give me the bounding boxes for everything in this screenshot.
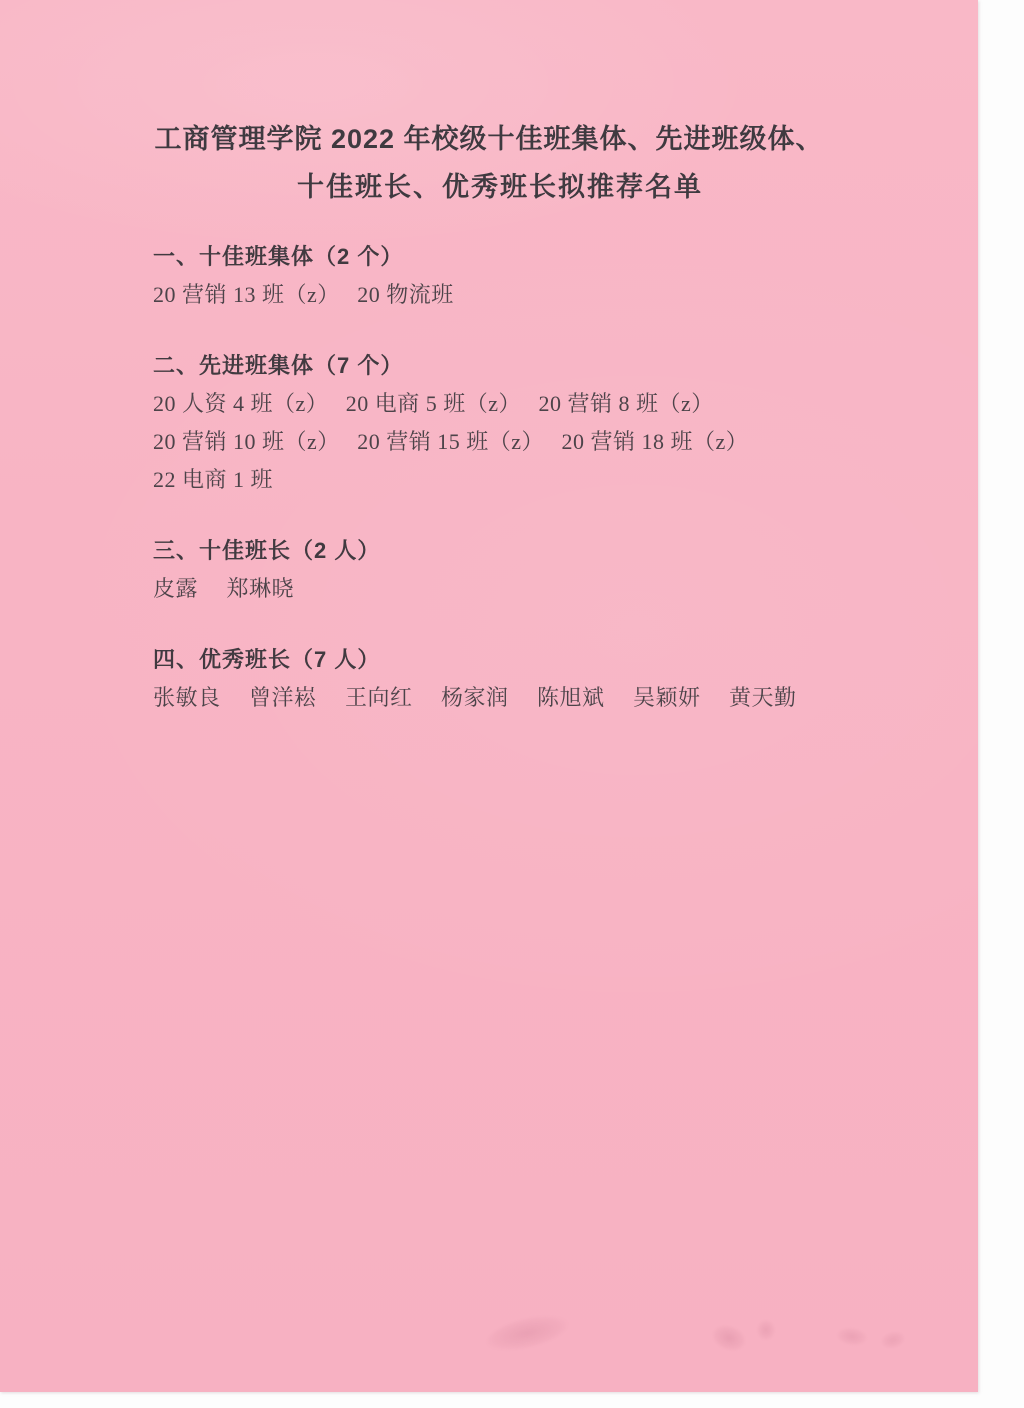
section-line: 22 电商 1 班: [153, 461, 918, 499]
section-line: 20 营销 10 班（z） 20 营销 15 班（z） 20 营销 18 班（z…: [153, 423, 918, 461]
section-line: 20 营销 13 班（z） 20 物流班: [153, 276, 918, 314]
scan-smudge: [709, 1321, 749, 1355]
document-title: 工商管理学院 2022 年校级十佳班集体、先进班级体、 十佳班长、优秀班长拟推荐…: [0, 0, 978, 205]
section-excellent-class-monitors: 四、优秀班长（7 人） 张敏良 曾洋崧 王向红 杨家润 陈旭斌 吴颖妍 黄天勤: [153, 641, 918, 717]
scan-smudge: [483, 1310, 571, 1357]
title-line-1: 工商管理学院 2022 年校级十佳班集体、先进班级体、: [0, 121, 978, 157]
section-advanced-class-collectives: 二、先进班集体（7 个） 20 人资 4 班（z） 20 电商 5 班（z） 2…: [153, 347, 918, 499]
section-line: 20 人资 4 班（z） 20 电商 5 班（z） 20 营销 8 班（z）: [153, 385, 918, 423]
section-heading: 一、十佳班集体（2 个）: [153, 238, 918, 276]
section-line: 皮露 郑琳晓: [153, 570, 918, 608]
section-heading: 四、优秀班长（7 人）: [153, 641, 918, 679]
section-top10-class-collectives: 一、十佳班集体（2 个） 20 营销 13 班（z） 20 物流班: [153, 238, 918, 314]
section-heading: 三、十佳班长（2 人）: [153, 532, 918, 570]
document-body: 一、十佳班集体（2 个） 20 营销 13 班（z） 20 物流班 二、先进班集…: [0, 238, 978, 717]
title-line-2: 十佳班长、优秀班长拟推荐名单: [0, 169, 978, 205]
section-top10-class-monitors: 三、十佳班长（2 人） 皮露 郑琳晓: [153, 532, 918, 608]
pink-paper-sheet: 工商管理学院 2022 年校级十佳班集体、先进班级体、 十佳班长、优秀班长拟推荐…: [0, 0, 978, 1392]
section-heading: 二、先进班集体（7 个）: [153, 347, 918, 385]
section-line: 张敏良 曾洋崧 王向红 杨家润 陈旭斌 吴颖妍 黄天勤: [153, 679, 918, 717]
scan-smudge: [879, 1329, 906, 1351]
scan-smudge: [836, 1326, 868, 1347]
scan-smudge: [757, 1320, 775, 1340]
scanned-page-canvas: 工商管理学院 2022 年校级十佳班集体、先进班级体、 十佳班长、优秀班长拟推荐…: [0, 0, 1024, 1408]
